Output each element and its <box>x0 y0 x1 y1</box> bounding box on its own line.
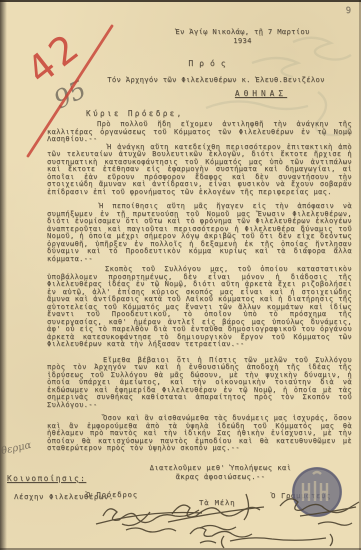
closing-valediction: Διατελοῦμεν μεθ' Ὑπολήψεως καὶ ἄκρας ἀφο… <box>138 464 303 481</box>
letter-body: Πρὸ πολλοῦ ἤδη εἴχομεν ἀντιληφθῆ τὴν ἀνά… <box>47 121 352 453</box>
members-signatures <box>168 494 333 548</box>
president-label: Ὁ Πρόεδρος <box>86 490 138 499</box>
closing-line-2: ἄκρας ἀφοσιώσεως.-- <box>138 473 303 482</box>
dateline: Ἐν Ἁγίῳ Νικολάῳ, τῇ 7 Μαρτίου 1934 <box>165 27 320 45</box>
salutation: Κύριε Πρόεδρε, <box>86 109 184 118</box>
paragraph-3: Ἡ πεποίθησις αὕτη μᾶς ἤγαγεν εἰς τὴν ἀπό… <box>47 203 352 263</box>
president-signature <box>96 509 202 532</box>
scanned-letter-page: 9 42 95 θερμα Ἐν Ἁγίῳ Νικολάῳ, τῇ 7 Μαρτ… <box>0 0 361 550</box>
secretary-signature <box>280 499 359 525</box>
cc-label: Κοινοποίησις: <box>7 474 86 483</box>
recipient-city: ΑΘΗΝΑΣ <box>213 89 309 98</box>
page-number: 9 <box>346 6 351 16</box>
paragraph-6: Ὅσον καὶ ἂν αἰσθανώμεθα τὰς δυνάμεις μας… <box>47 415 352 453</box>
scan-edge-top <box>0 0 361 2</box>
paragraph-1: Πρὸ πολλοῦ ἤδη εἴχομεν ἀντιληφθῆ τὴν ἀνά… <box>47 121 352 144</box>
to-label: Πρός <box>150 59 270 68</box>
paragraph-4: Σκοπὸς τοῦ Συλλόγου μας, τοῦ ὁποίου κατα… <box>47 266 352 349</box>
paragraph-5: Εἴμεθα βέβαιοι ὅτι ἡ Πίστις τῶν μελῶν το… <box>47 357 352 410</box>
recipient-line: Τόν Ἀρχηγόν τῶν Φιλελευθέρων κ. Ἐλευθ.Βε… <box>80 75 352 84</box>
paragraph-2: Ἡ ἀνάγκη αὕτη κατεδείχθη περισσότερον ἐπ… <box>47 144 352 197</box>
members-label: Τὰ Μέλη <box>199 498 235 507</box>
secretary-label: Ὁ Γραμματεύς <box>271 491 331 500</box>
scan-edge-left <box>0 0 7 550</box>
